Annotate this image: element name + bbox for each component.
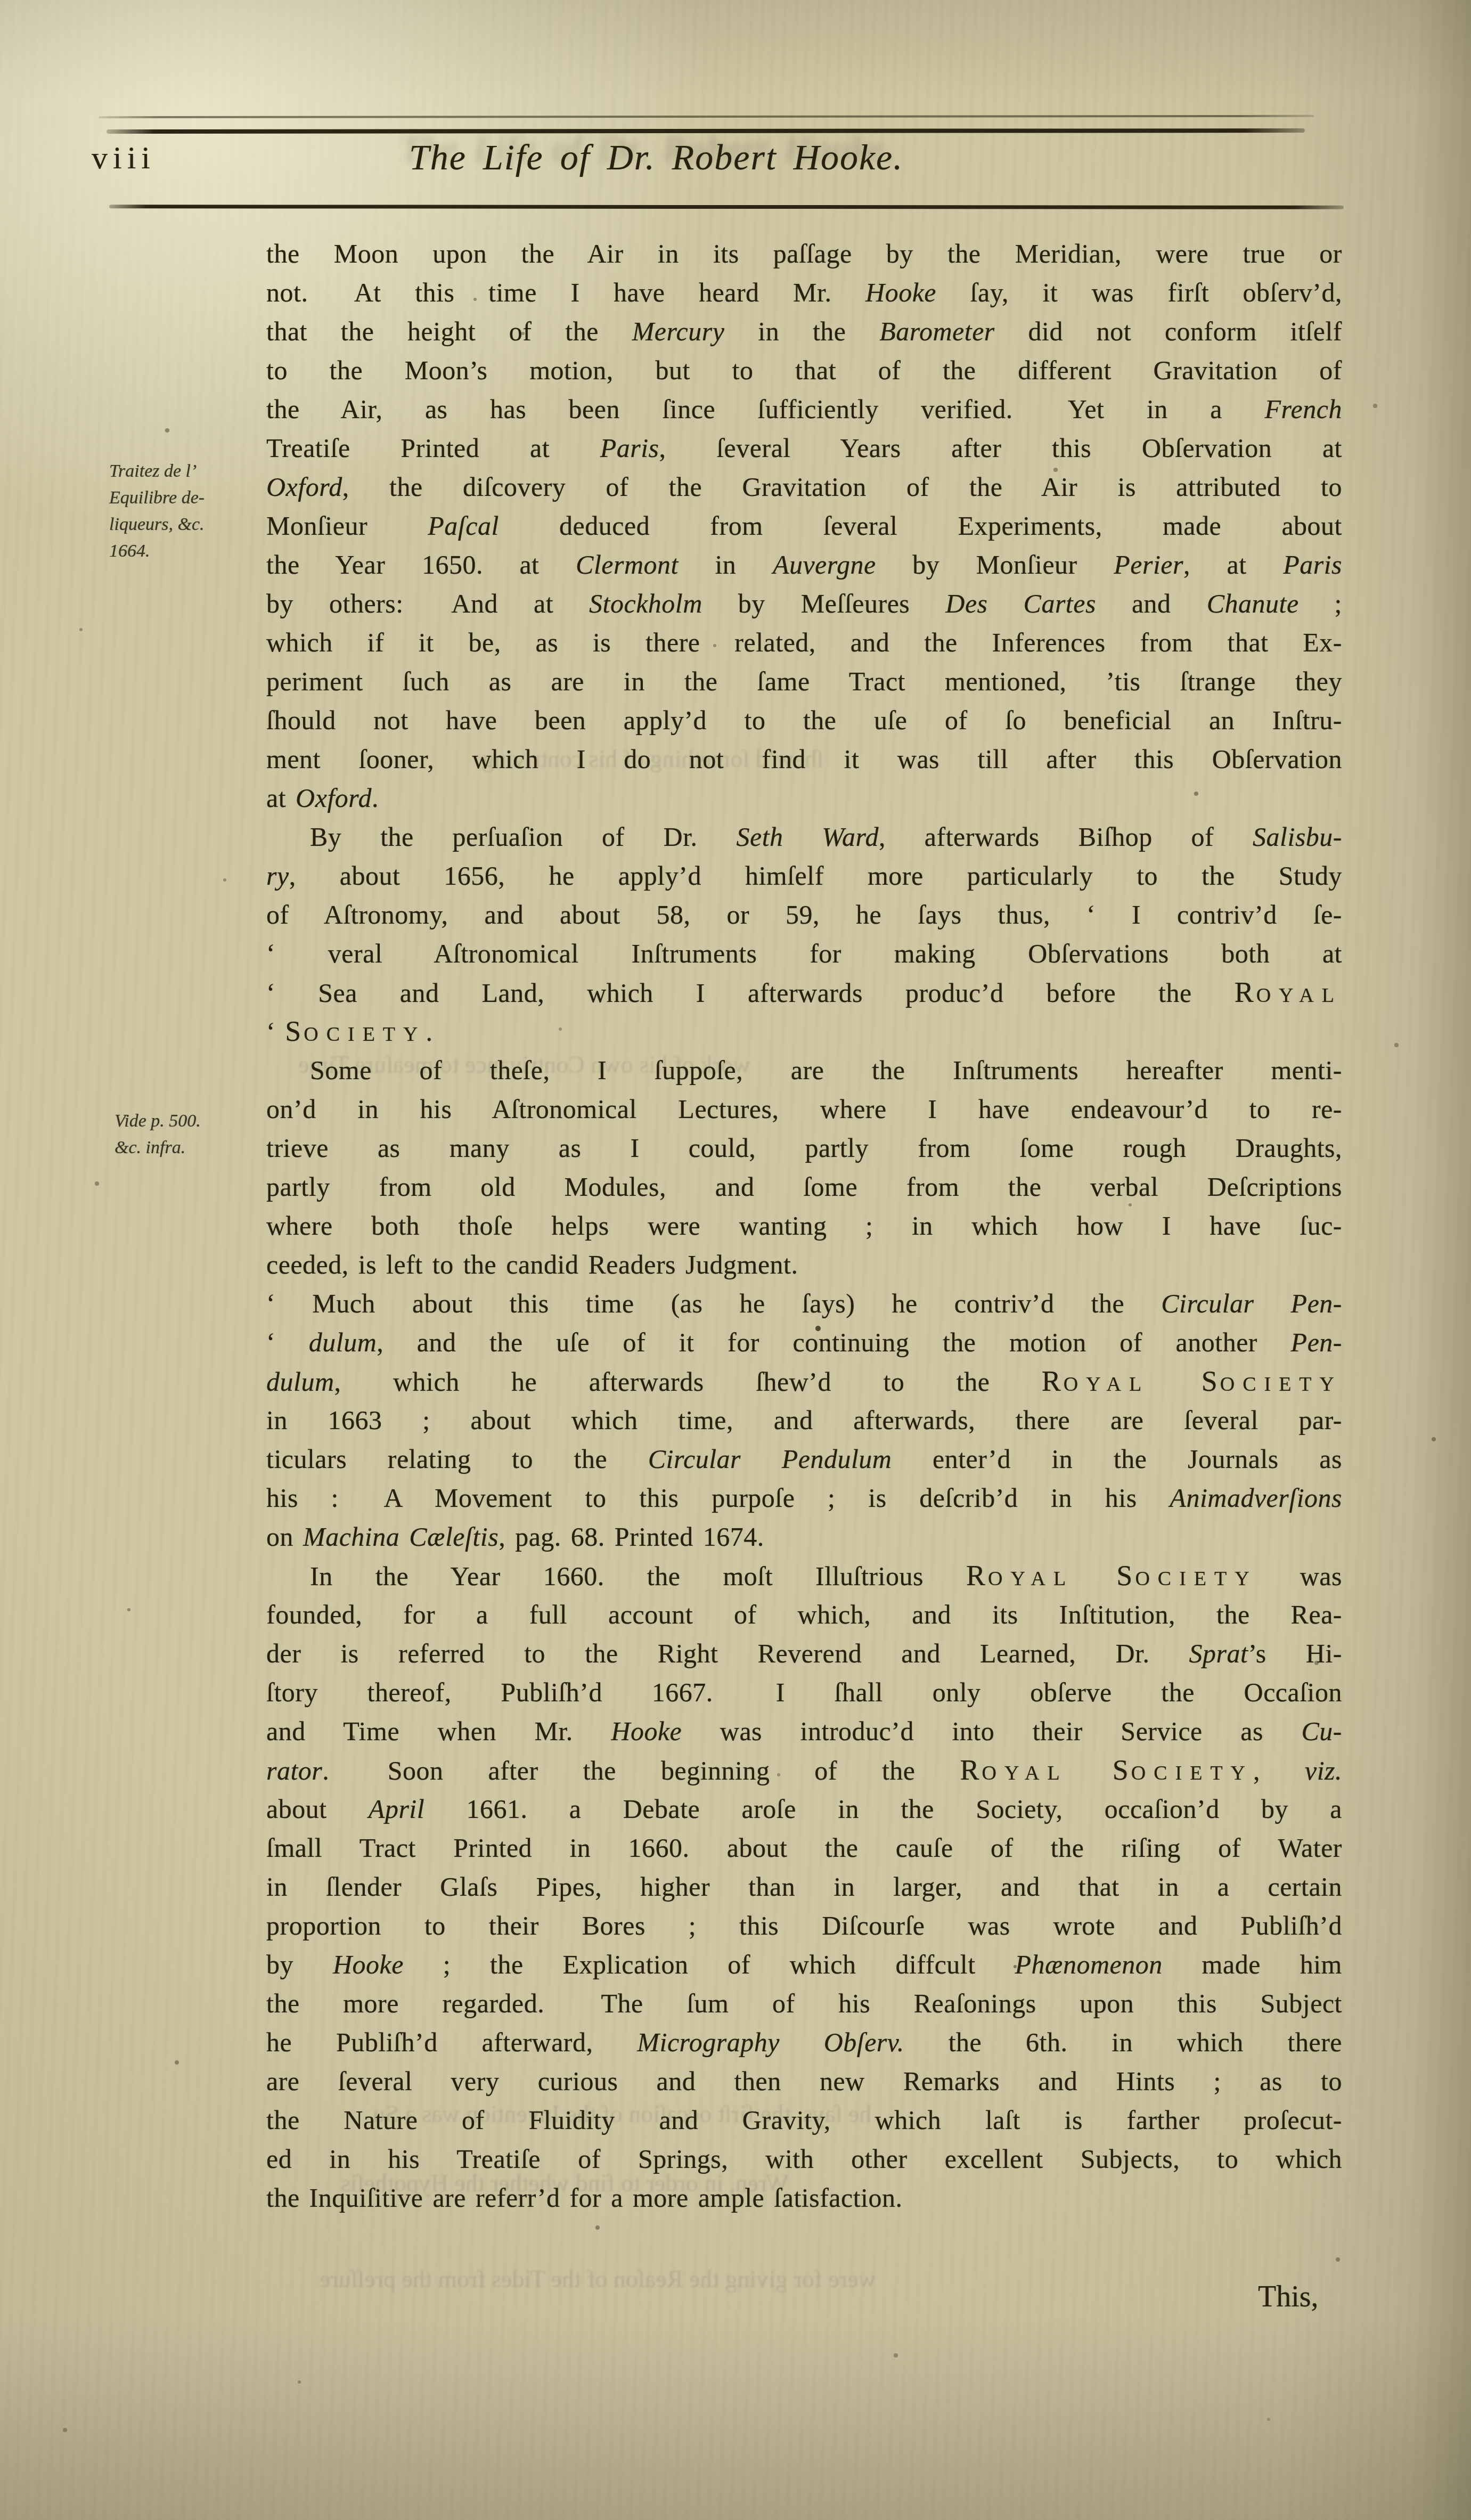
body-line: ſtory thereof, Publiſh’d 1667. I ſhall o… bbox=[266, 1673, 1342, 1712]
book-page: ſhew’d ſomething of his contriving work … bbox=[0, 0, 1471, 2520]
body-line: proportion to their Bores ; this Diſcour… bbox=[266, 1906, 1342, 1945]
body-line: der is referred to the Right Reverend an… bbox=[266, 1634, 1342, 1673]
body-line: Monſieur Paſcal deduced from ſeveral Exp… bbox=[266, 507, 1342, 545]
margin-note-citation: Traitez de l’Equilibre de-liqueurs, &c.1… bbox=[109, 458, 274, 565]
body-line: the Moon upon the Air in its paſſage by … bbox=[266, 234, 1342, 273]
body-line: ‘ SOCIETY. bbox=[266, 1012, 1342, 1051]
body-line: not. At this time I have heard Mr. Hooke… bbox=[266, 273, 1342, 312]
body-line: ry, about 1656, he apply’d himſelf more … bbox=[266, 857, 1342, 895]
body-line: partly from old Modules, and ſome from t… bbox=[266, 1168, 1342, 1206]
header-rule-thin bbox=[99, 115, 1314, 118]
body-line: ed in his Treatiſe of Springs, with othe… bbox=[266, 2140, 1342, 2179]
body-line: the Nature of Fluidity and Gravity, whic… bbox=[266, 2101, 1342, 2140]
body-line: the Air, as has been ſince ſufficiently … bbox=[266, 390, 1342, 429]
body-line: rator. Soon after the beginning of the R… bbox=[266, 1751, 1342, 1790]
body-line: of Aſtronomy, and about 58, or 59, he ſa… bbox=[266, 895, 1342, 934]
body-line: ſmall Tract Printed in 1660. about the c… bbox=[266, 1829, 1342, 1867]
paper-speck-texture bbox=[0, 0, 2, 2]
margin-note-reference: Vide p. 500.&c. infra. bbox=[115, 1108, 280, 1161]
body-line: by Hooke ; the Explication of which diff… bbox=[266, 1945, 1342, 1984]
body-line: in 1663 ; about which time, and afterwar… bbox=[266, 1401, 1342, 1440]
body-line: periment ſuch as are in the ſame Tract m… bbox=[266, 662, 1342, 701]
running-title: The Life of Dr. Robert Hooke. bbox=[409, 136, 903, 178]
body-line: on Machina Cæleſtis, pag. 68. Printed 16… bbox=[266, 1518, 1342, 1556]
body-line: the more regarded. The ſum of his Reaſon… bbox=[266, 1984, 1342, 2023]
body-line: By the perſuaſion of Dr. Seth Ward, afte… bbox=[266, 818, 1342, 857]
header-bottom-rule bbox=[109, 205, 1344, 209]
body-line: to the Moon’s motion, but to that of the… bbox=[266, 351, 1342, 390]
body-line: ſhould not have been apply’d to the uſe … bbox=[266, 701, 1342, 740]
body-line: ceeded, is left to the candid Readers Ju… bbox=[266, 1245, 1342, 1284]
body-line: Treatiſe Printed at Paris, ſeveral Years… bbox=[266, 429, 1342, 468]
margin-note-line: Equilibre de- bbox=[109, 485, 274, 511]
page-number: viii bbox=[92, 140, 156, 176]
body-line: In the Year 1660. the moſt Illuſtrious R… bbox=[266, 1556, 1342, 1595]
body-line: about April 1661. a Debate aroſe in the … bbox=[266, 1790, 1342, 1829]
body-line: ment ſooner, which I do not find it was … bbox=[266, 740, 1342, 779]
body-line: are ſeveral very curious and then new Re… bbox=[266, 2062, 1342, 2101]
body-line: ticulars relating to the Circular Pendul… bbox=[266, 1440, 1342, 1479]
body-line: in ſlender Glaſs Pipes, higher than in l… bbox=[266, 1867, 1342, 1906]
body-line: and Time when Mr. Hooke was introduc’d i… bbox=[266, 1712, 1342, 1751]
body-line: the Year 1650. at Clermont in Auvergne b… bbox=[266, 545, 1342, 584]
body-line: on’d in his Aſtronomical Lectures, where… bbox=[266, 1090, 1342, 1129]
body-line: Some of theſe, I ſuppoſe, are the Inſtru… bbox=[266, 1051, 1342, 1090]
body-line: by others: And at Stockholm by Meſſeures… bbox=[266, 584, 1342, 623]
body-line: ‘ Sea and Land, which I afterwards produ… bbox=[266, 973, 1342, 1012]
body-line: trieve as many as I could, partly from ſ… bbox=[266, 1129, 1342, 1168]
margin-note-line: 1664. bbox=[109, 538, 274, 565]
show-through-text: were for giving the Reaſon of the Tides … bbox=[320, 2265, 876, 2293]
body-line: which if it be, as is there related, and… bbox=[266, 623, 1342, 662]
body-line: his : A Movement to this purpoſe ; is de… bbox=[266, 1479, 1342, 1518]
body-line: where both thoſe helps were wanting ; in… bbox=[266, 1206, 1342, 1245]
body-line: ‘ veral Aſtronomical Inſtruments for mak… bbox=[266, 934, 1342, 973]
margin-note-line: Traitez de l’ bbox=[109, 458, 274, 485]
body-text: the Moon upon the Air in its paſſage by … bbox=[266, 234, 1342, 2217]
body-line: founded, for a full account of which, an… bbox=[266, 1595, 1342, 1634]
body-line: Oxford, the diſcovery of the Gravitation… bbox=[266, 468, 1342, 507]
margin-note-line: &c. infra. bbox=[115, 1135, 280, 1161]
margin-note-line: liqueurs, &c. bbox=[109, 511, 274, 538]
margin-note-line: Vide p. 500. bbox=[115, 1108, 280, 1135]
body-line: ‘ Much about this time (as he ſays) he c… bbox=[266, 1284, 1342, 1323]
body-line: at Oxford. bbox=[266, 779, 1342, 818]
body-line: dulum, which he afterwards ſhew’d to the… bbox=[266, 1362, 1342, 1401]
body-line: the Inquiſitive are referr’d for a more … bbox=[266, 2179, 1342, 2217]
body-line: that the height of the Mercury in the Ba… bbox=[266, 312, 1342, 351]
body-line: ‘ dulum, and the uſe of it for continuin… bbox=[266, 1323, 1342, 1362]
catchword: This, bbox=[1258, 2280, 1319, 2314]
body-line: he Publiſh’d afterward, Micrography Obſe… bbox=[266, 2023, 1342, 2062]
